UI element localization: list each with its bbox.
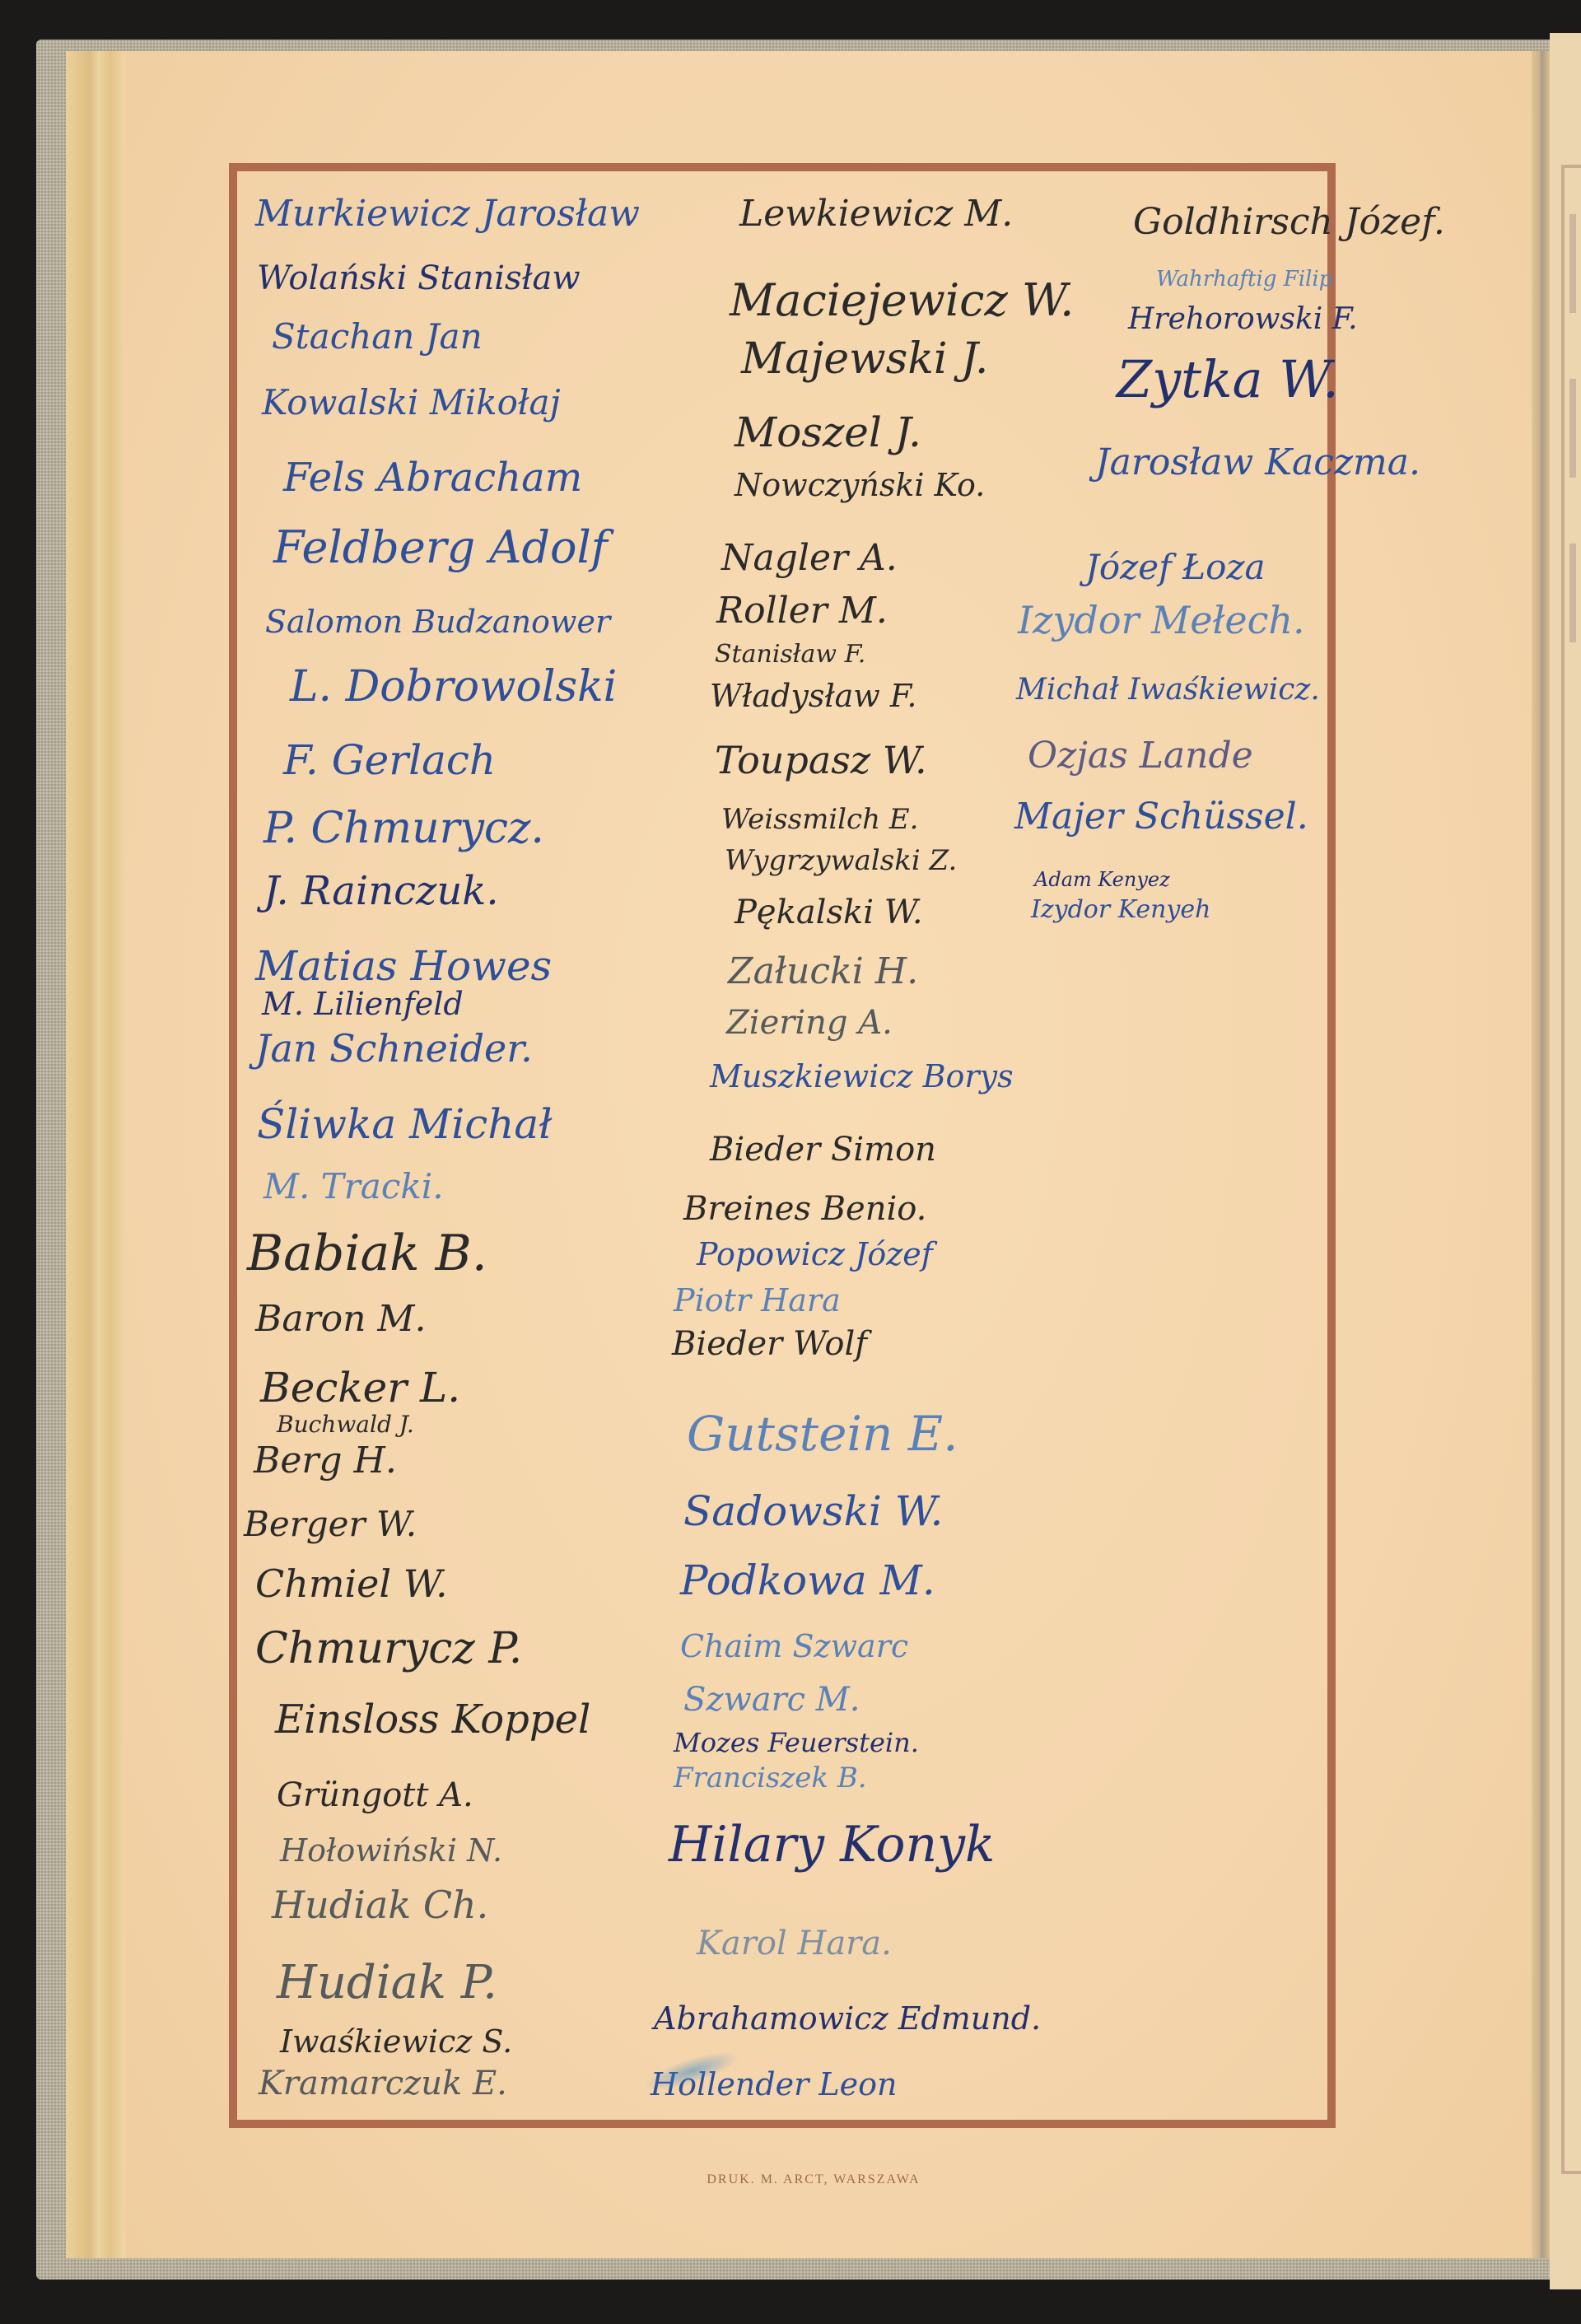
facing-page-edge bbox=[1550, 33, 1581, 2289]
signature-entry: Baron M. bbox=[255, 1301, 426, 1337]
signature-entry: Sadowski W. bbox=[683, 1491, 943, 1532]
signature-entry: Kramarczuk E. bbox=[259, 2067, 507, 2100]
signature-entry: Załucki H. bbox=[728, 954, 918, 990]
signature-entry: Jarosław Kaczma. bbox=[1095, 445, 1420, 481]
printer-imprint: DRUK. M. ARCT, WARSZAWA bbox=[0, 2172, 1581, 2187]
signature-entry: Roller M. bbox=[716, 593, 888, 629]
signature-entry: Breines Benio. bbox=[683, 1192, 926, 1225]
signature-entry: Izydor Mełech. bbox=[1018, 601, 1305, 639]
signature-entry: Chmurycz P. bbox=[255, 1627, 522, 1670]
signature-entry: Podkowa M. bbox=[680, 1560, 935, 1601]
signature-entry: Murkiewicz Jarosław bbox=[255, 196, 640, 232]
signature-entry: Ziering A. bbox=[726, 1006, 893, 1039]
signature-entry: Hołowiński N. bbox=[280, 1835, 502, 1866]
signature-entry: Stanisław F. bbox=[715, 642, 865, 667]
signature-entry: P. Chmurycz. bbox=[263, 807, 544, 850]
signature-entry: Berg H. bbox=[254, 1443, 397, 1479]
signature-entry: Nagler A. bbox=[721, 540, 898, 576]
signature-entry: J. Rainczuk. bbox=[263, 871, 499, 911]
signature-entry: Berger W. bbox=[244, 1507, 417, 1542]
signature-entry: Toupasz W. bbox=[715, 741, 927, 779]
signature-entry: Ozjas Lande bbox=[1028, 738, 1253, 774]
facing-page-ornament bbox=[1569, 379, 1581, 478]
signature-entry: Hudiak P. bbox=[277, 1960, 497, 2006]
signature-entry: Szwarc M. bbox=[683, 1683, 860, 1716]
signature-entry: Hilary Konyk bbox=[669, 1820, 995, 1869]
signature-entry: Wygrzywalski Z. bbox=[725, 847, 957, 875]
signature-entry: Wolański Stanisław bbox=[257, 262, 581, 295]
book-gutter bbox=[1532, 51, 1550, 2258]
signature-entry: M. Lilienfeld bbox=[262, 988, 464, 1020]
signature-entry: Zytka W. bbox=[1117, 354, 1339, 405]
signature-entry: Izydor Kenyeh bbox=[1031, 898, 1210, 922]
signature-entry: Nowczyński Ko. bbox=[735, 469, 985, 501]
signature-entry: Hrehorowski F. bbox=[1128, 305, 1358, 334]
signature-entry: Pękalski W. bbox=[735, 896, 923, 929]
signature-entry: Grüngott A. bbox=[277, 1779, 473, 1812]
signature-entry: Majer Schüssel. bbox=[1014, 799, 1308, 835]
signature-entry: Piotr Hara bbox=[674, 1285, 841, 1316]
signature-entry: Goldhirsch Józef. bbox=[1133, 204, 1445, 240]
signature-entry: Salomon Budzanower bbox=[265, 606, 610, 637]
signature-entry: Einsloss Koppel bbox=[275, 1700, 590, 1739]
signature-entry: Józef Łoza bbox=[1085, 550, 1266, 585]
facing-page-ornament bbox=[1569, 214, 1581, 313]
signature-entry: Adam Kenyez bbox=[1034, 870, 1170, 889]
signature-entry: Kowalski Mikołaj bbox=[262, 385, 561, 420]
signature-entry: Feldberg Adolf bbox=[273, 525, 608, 570]
printer-imprint-text: DRUK. M. ARCT, WARSZAWA bbox=[707, 2172, 920, 2186]
signature-entry: Abrahamowicz Edmund. bbox=[654, 2003, 1041, 2034]
signature-entry: Franciszek B. bbox=[674, 1764, 867, 1792]
signature-entry: Buchwald J. bbox=[277, 1413, 414, 1436]
facing-page-ornament bbox=[1569, 544, 1581, 642]
signature-entry: Becker L. bbox=[260, 1367, 460, 1408]
signature-entry: Wahrhaftig Filip bbox=[1156, 268, 1332, 290]
signature-entry: Popowicz Józef bbox=[697, 1239, 933, 1270]
signature-entry: L. Dobrowolski bbox=[290, 665, 617, 708]
page-block-edges bbox=[66, 51, 126, 2258]
signature-entry: Śliwka Michał bbox=[257, 1104, 552, 1145]
signature-entry: Chaim Szwarc bbox=[680, 1631, 908, 1662]
signature-entry: Michał Iwaśkiewicz. bbox=[1016, 675, 1320, 705]
signature-entry: Maciejewicz W. bbox=[730, 278, 1074, 323]
signature-entry: Jan Schneider. bbox=[255, 1029, 533, 1067]
signature-entry: Lewkiewicz M. bbox=[739, 196, 1013, 232]
signature-entry: Mozes Feuerstein. bbox=[674, 1729, 919, 1756]
signature-entry: Fels Abracham bbox=[283, 458, 582, 497]
signature-entry: Iwaśkiewicz S. bbox=[280, 2026, 512, 2057]
signature-entry: Stachan Jan bbox=[272, 320, 483, 354]
signature-entry: Moszel J. bbox=[735, 412, 921, 453]
signature-entry: Gutstein E. bbox=[687, 1410, 958, 1458]
signature-entry: Władysław F. bbox=[710, 680, 916, 712]
signature-entry: Hudiak Ch. bbox=[272, 1886, 488, 1924]
signature-entry: F. Gerlach bbox=[283, 740, 496, 781]
signature-entry: Bieder Simon bbox=[710, 1133, 936, 1166]
signature-entry: Bieder Wolf bbox=[672, 1328, 867, 1360]
signature-entry: Muszkiewicz Borys bbox=[710, 1061, 1014, 1092]
signature-entry: Matias Howes bbox=[255, 945, 552, 987]
signature-entry: Babiak B. bbox=[247, 1229, 487, 1278]
signature-entry: M. Tracki. bbox=[263, 1169, 444, 1204]
signature-entry: Majewski J. bbox=[741, 338, 988, 380]
signature-entry: Karol Hara. bbox=[697, 1927, 892, 1960]
signature-entry: Weissmilch E. bbox=[721, 805, 918, 833]
signature-entry: Chmiel W. bbox=[255, 1565, 448, 1603]
